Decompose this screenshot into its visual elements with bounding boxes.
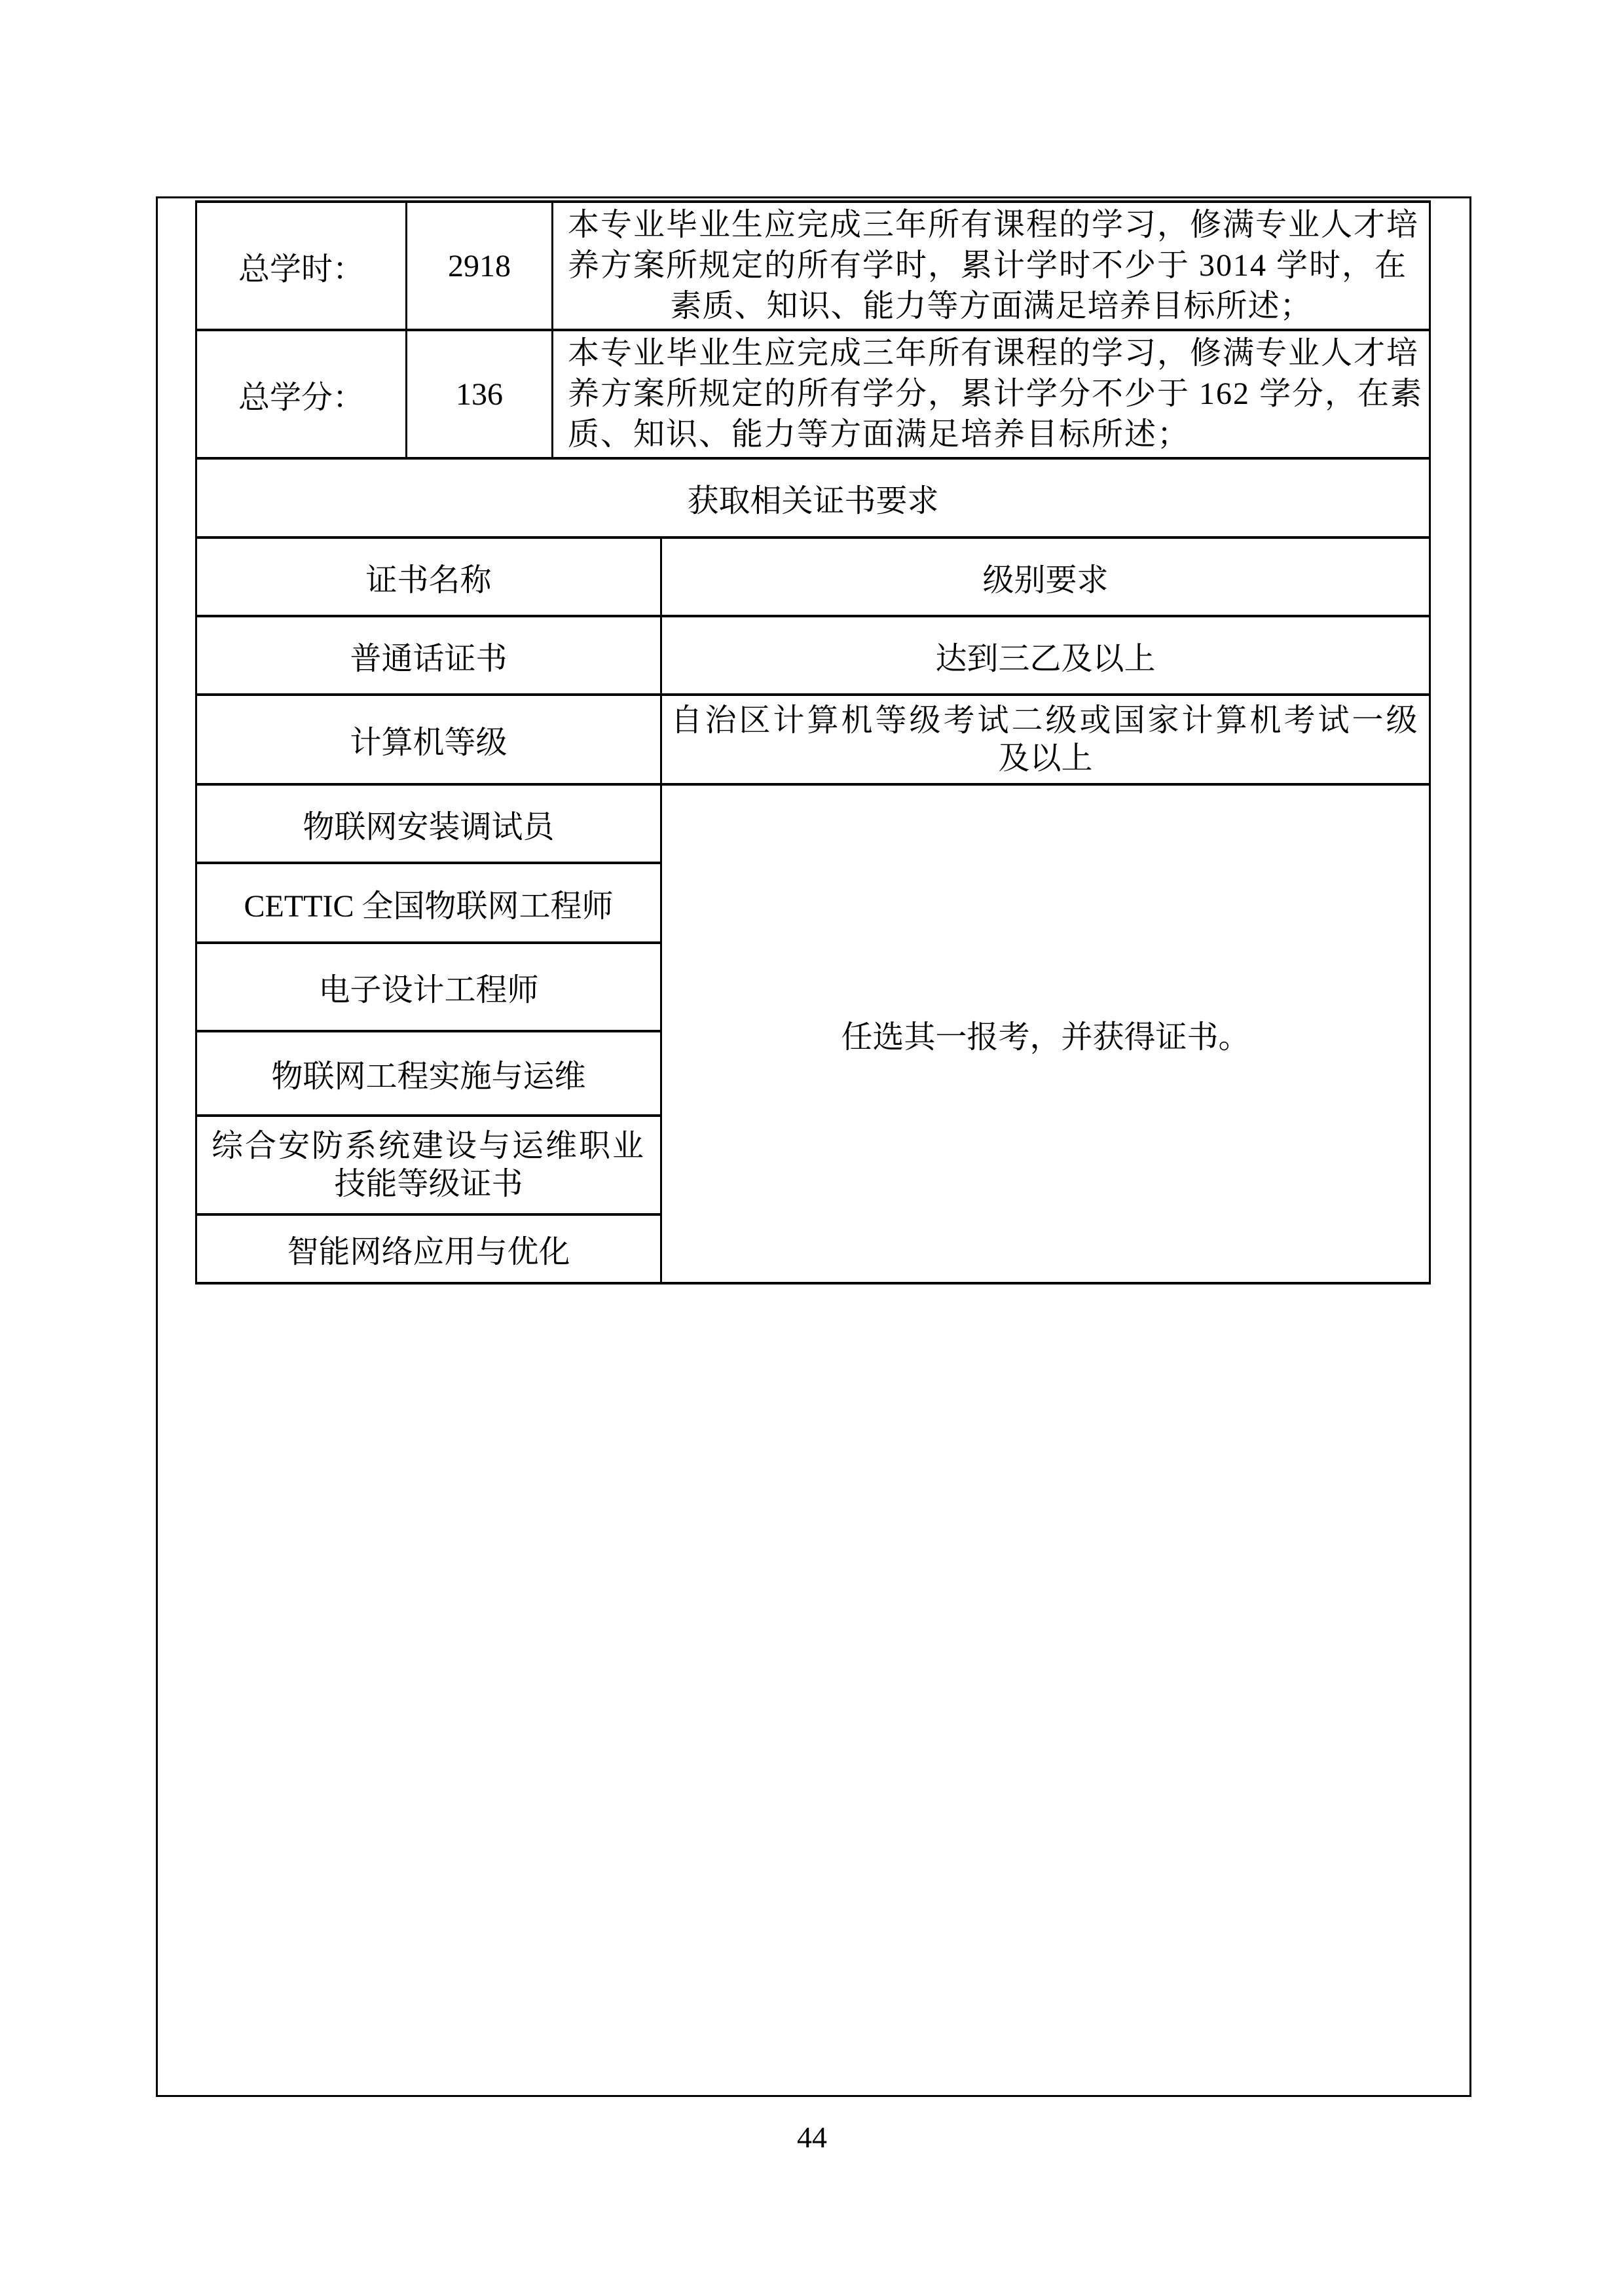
level-line: 及以上 (998, 740, 1092, 778)
choice-cert-item: 物联网安装调试员 (197, 786, 662, 864)
document-page: 总学时： 2918 本专业毕业生应完成三年所有课程的学习，修满专业人才培 养方案… (0, 0, 1624, 2296)
cert-line: 综合安防系统建设与运维职业 (212, 1127, 646, 1165)
computer-cert-level: 自治区计算机等级考试二级或国家计算机考试一级 及以上 (662, 696, 1429, 786)
choice-cert-item: 物联网工程实施与运维 (197, 1032, 662, 1117)
choice-note: 任选其一报考，并获得证书。 (662, 786, 1429, 1282)
optional-cert-section: 物联网安装调试员 CETTIC 全国物联网工程师 电子设计工程师 物联网工程实施… (197, 786, 1429, 1282)
desc-line: 素质、知识、能力等方面满足培养目标所述； (568, 286, 1414, 327)
page-number: 44 (0, 2116, 1624, 2158)
section-title-row: 获取相关证书要求 (197, 460, 1429, 539)
section-title: 获取相关证书要求 (197, 460, 1429, 539)
putonghua-cert-name: 普通话证书 (197, 617, 662, 696)
choice-cert-item: CETTIC 全国物联网工程师 (197, 864, 662, 944)
choice-cert-item: 综合安防系统建设与运维职业 技能等级证书 (197, 1117, 662, 1216)
level-line: 自治区计算机等级考试二级或国家计算机考试一级 (671, 702, 1420, 740)
desc-line: 本专业毕业生应完成三年所有课程的学习，修满专业人才培 (568, 205, 1414, 246)
cert-level-header: 级别要求 (662, 539, 1429, 617)
desc-line: 本专业毕业生应完成三年所有课程的学习，修满专业人才培 (568, 333, 1414, 374)
desc-line: 养方案所规定的所有学时，累计学时不少于 3014 学时，在 (568, 246, 1414, 286)
choice-cert-item: 智能网络应用与优化 (197, 1216, 662, 1282)
desc-line: 质、知识、能力等方面满足培养目标所述； (568, 414, 1414, 455)
total-hours-label: 总学时： (197, 203, 407, 331)
cert-name-header: 证书名称 (197, 539, 662, 617)
choice-cert-item: 电子设计工程师 (197, 944, 662, 1032)
summary-section: 总学时： 2918 本专业毕业生应完成三年所有课程的学习，修满专业人才培 养方案… (197, 203, 1429, 460)
cert-section: 证书名称 级别要求 普通话证书 达到三乙及以上 计算机等级 自治区计算机等级考试… (197, 539, 1429, 786)
putonghua-cert-level: 达到三乙及以上 (662, 617, 1429, 696)
total-hours-desc: 本专业毕业生应完成三年所有课程的学习，修满专业人才培 养方案所规定的所有学时，累… (553, 203, 1429, 331)
cert-line: 技能等级证书 (334, 1165, 523, 1203)
total-hours-value: 2918 (407, 203, 553, 331)
computer-cert-name: 计算机等级 (197, 696, 662, 786)
total-credits-label: 总学分： (197, 331, 407, 460)
total-credits-value: 136 (407, 331, 553, 460)
desc-line: 养方案所规定的所有学分，累计学分不少于 162 学分，在素 (568, 374, 1414, 414)
requirements-table: 总学时： 2918 本专业毕业生应完成三年所有课程的学习，修满专业人才培 养方案… (195, 200, 1431, 1285)
total-credits-desc: 本专业毕业生应完成三年所有课程的学习，修满专业人才培 养方案所规定的所有学分，累… (553, 331, 1429, 460)
